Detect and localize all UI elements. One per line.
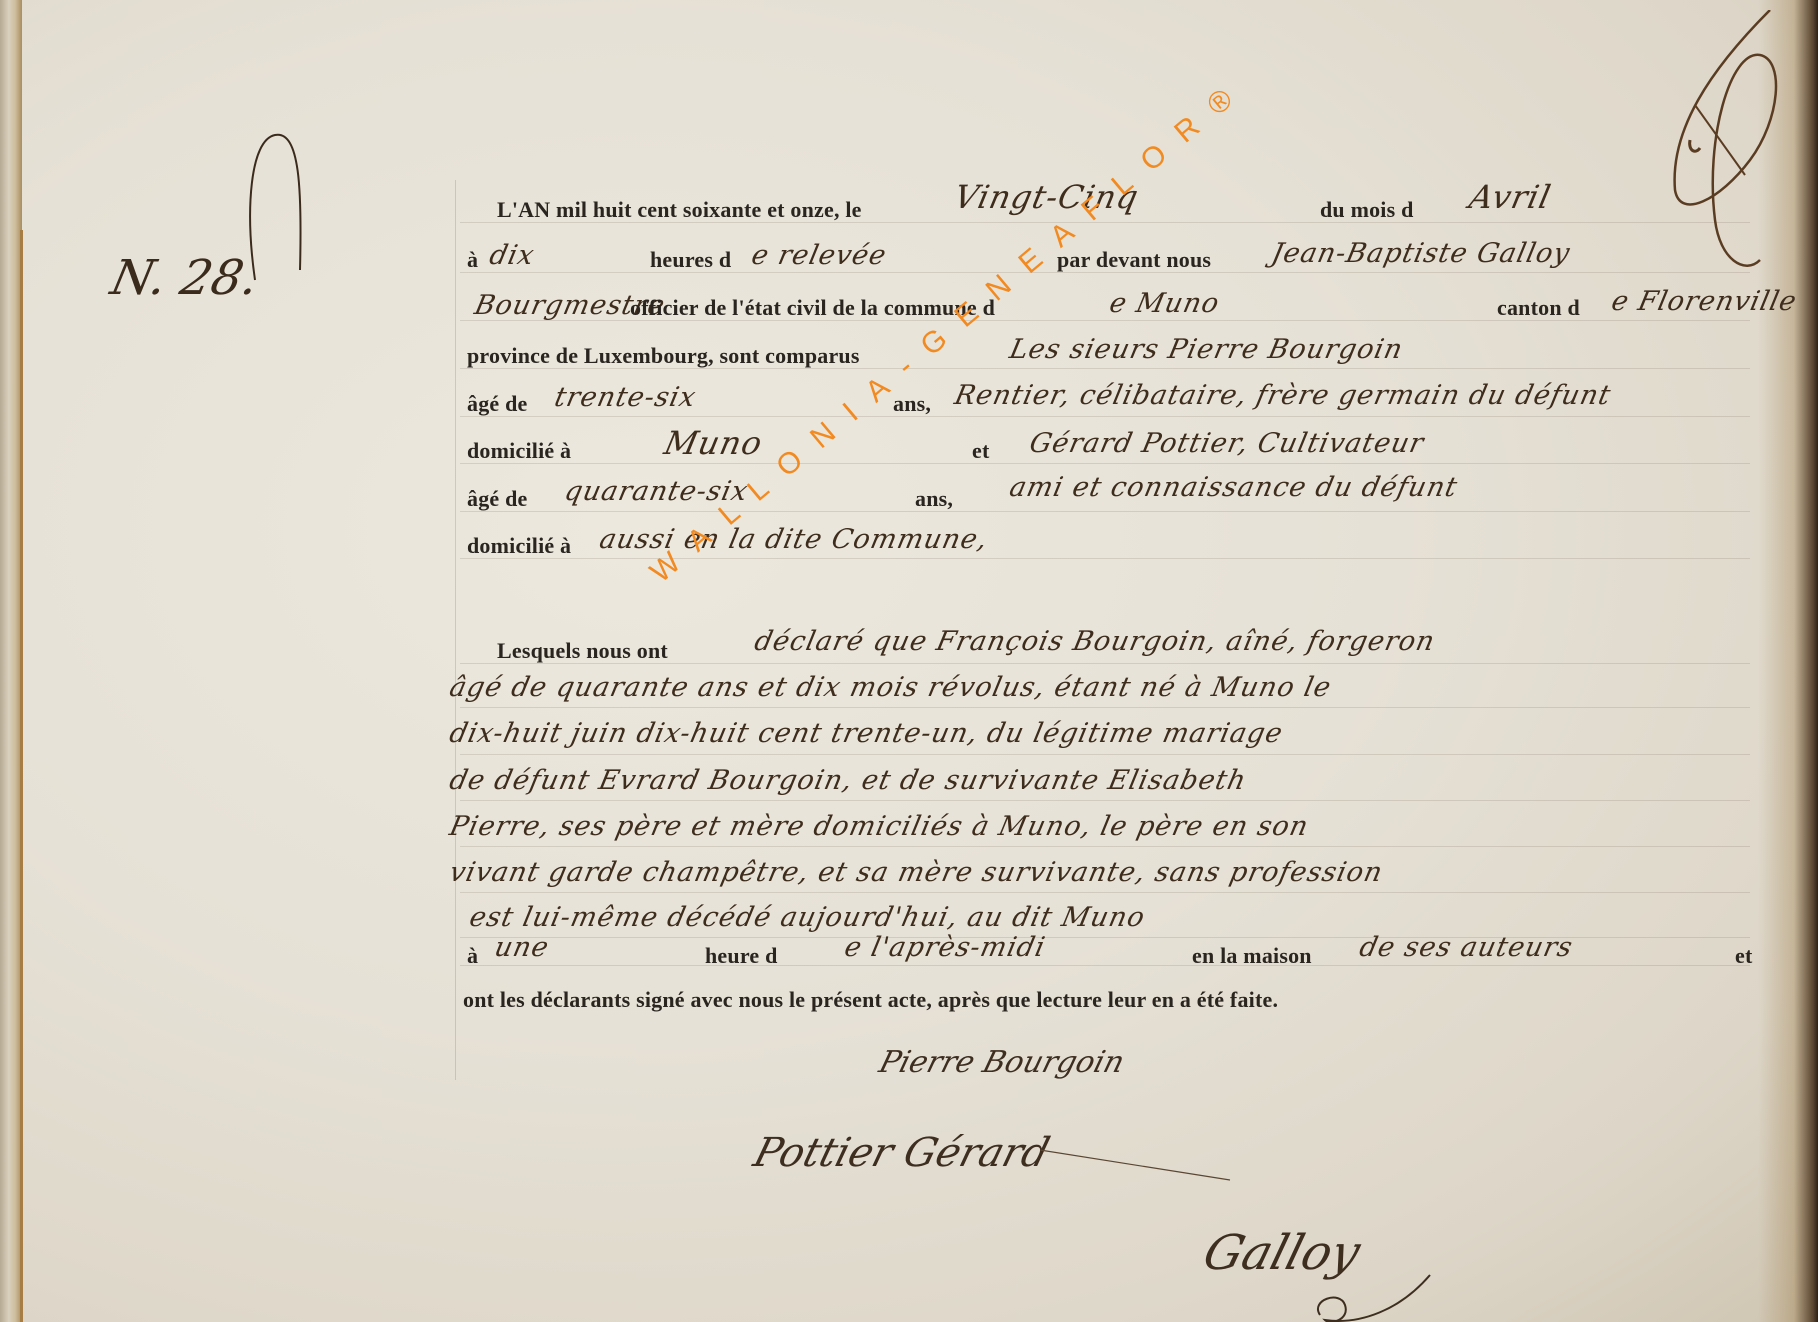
ruled-line [460, 416, 1750, 417]
hand-month: Avril [1466, 178, 1555, 216]
hand-commune: e Muno [1107, 288, 1223, 319]
printed-ans-2: ans, [915, 486, 953, 512]
printed-a-2: à [467, 943, 478, 969]
printed-et-2: et [1735, 943, 1753, 969]
hand-declaration-line: Pierre, ses père et mère domiciliés à Mu… [447, 811, 1312, 842]
printed-age-1: âgé de [467, 391, 527, 417]
signature-pottier-gerard: Pottier Gérard [749, 1130, 1054, 1176]
hand-declaration-line: de défunt Evrard Bourgoin, et de surviva… [447, 765, 1250, 796]
paraph-flourish [1650, 10, 1790, 280]
ruled-line [460, 800, 1750, 801]
ruled-line [460, 892, 1750, 893]
ruled-line [460, 846, 1750, 847]
hand-witness-2: Gérard Pottier, Cultivateur [1027, 428, 1427, 459]
entry-number-flourish [240, 130, 310, 310]
hand-declaration-line: est lui-même décédé aujourd'hui, au dit … [467, 902, 1148, 933]
register-page: N. 28. L'AN mil huit cent soixante et on… [0, 0, 1818, 1322]
printed-par-devant: par devant nous [1057, 247, 1211, 273]
printed-a: à [467, 247, 478, 273]
page-binding [0, 0, 22, 1322]
hand-afternoon: e l'après-midi [842, 932, 1049, 963]
hand-house: de ses auteurs [1357, 932, 1576, 963]
binding-edge-line [20, 230, 23, 1322]
printed-age-2: âgé de [467, 486, 527, 512]
printed-month-label: du mois d [1320, 197, 1414, 223]
hand-relation-2: ami et connaissance du défunt [1007, 472, 1461, 503]
signature-pierre-bourgoin: Pierre Bourgoin [875, 1045, 1128, 1080]
printed-hours-label: heures d [650, 247, 731, 273]
hand-declaration-line: âgé de quarante ans et dix mois révolus,… [447, 672, 1335, 703]
hand-hour-2: une [492, 932, 552, 963]
ruled-line [460, 965, 1750, 966]
hand-comparus: Les sieurs Pierre Bourgoin [1007, 334, 1406, 365]
ruled-line [460, 463, 1750, 464]
printed-heure: heure d [705, 943, 778, 969]
margin-rule [455, 180, 456, 1080]
printed-province: province de Luxembourg, sont comparus [467, 343, 860, 369]
hand-canton: e Florenville [1609, 286, 1800, 317]
hand-declaration-line: vivant garde champêtre, et sa mère survi… [447, 857, 1386, 888]
printed-domicile-1: domicilié à [467, 438, 571, 464]
hand-age-1: trente-six [552, 382, 699, 413]
hand-officer-name: Jean-Baptiste Galloy [1269, 238, 1573, 269]
ruled-line [460, 707, 1750, 708]
hand-declaration-line: dix-huit juin dix-huit cent trente-un, d… [447, 718, 1286, 749]
hand-relevee: e relevée [749, 240, 890, 271]
signature-strike-line [1040, 1140, 1240, 1200]
printed-maison: en la maison [1192, 943, 1312, 969]
hand-declaration-line: déclaré que François Bourgoin, aîné, for… [752, 626, 1438, 657]
ruled-line [460, 511, 1750, 512]
printed-domicile-2: domicilié à [467, 533, 571, 559]
hand-domicile-1: Muno [661, 424, 766, 462]
ruled-line [460, 754, 1750, 755]
printed-lesquels: Lesquels nous ont [497, 638, 668, 664]
hand-occupation-1: Rentier, célibataire, frère germain du d… [952, 380, 1614, 411]
hand-hour: dix [487, 240, 538, 271]
printed-canton: canton d [1497, 295, 1580, 321]
hand-domicile-2: aussi en la dite Commune, [597, 524, 991, 555]
printed-closing: ont les déclarants signé avec nous le pr… [463, 987, 1278, 1013]
printed-et: et [972, 438, 990, 464]
signature-paraph [1300, 1270, 1440, 1322]
printed-intro: L'AN mil huit cent soixante et onze, le [497, 197, 862, 223]
printed-ans-1: ans, [893, 391, 931, 417]
